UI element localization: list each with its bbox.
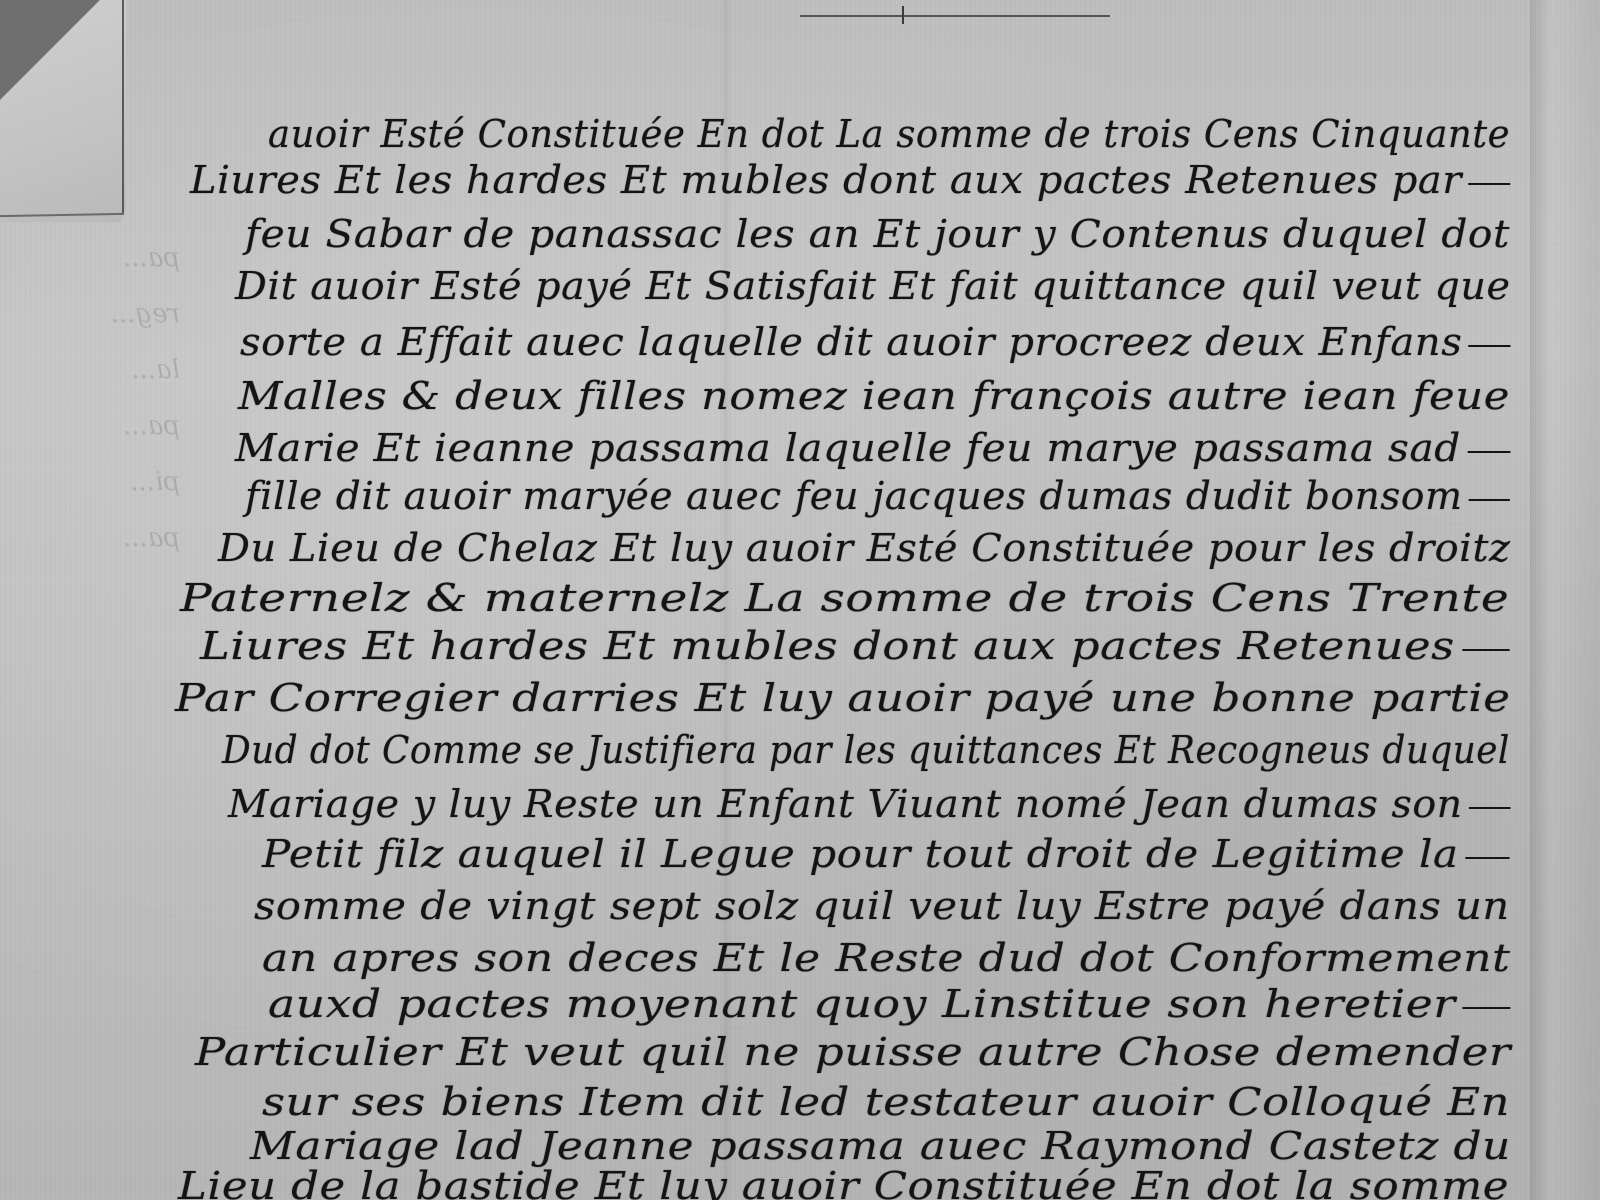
line-text: fille dit auoir maryée auec feu jacques … (245, 474, 1463, 518)
manuscript-line-19: Particulier Et veut quil ne puisse autre… (195, 1030, 1511, 1074)
line-filler-stroke (1469, 345, 1511, 347)
manuscript-text: auoir Esté Constituée En dot La somme de… (0, 0, 1600, 1200)
manuscript-line-12: Par Corregier darries Et luy auoir payé … (175, 676, 1511, 720)
manuscript-line-20: sur ses biens Item dit led testateur auo… (262, 1080, 1510, 1124)
line-text: Lieu de la bastide Et luy auoir Constitu… (178, 1164, 1509, 1200)
line-text: an apres son deces Et le Reste dud dot C… (262, 936, 1510, 980)
manuscript-line-10: Paternelz & maternelz La somme de trois … (180, 576, 1509, 620)
manuscript-line-9: Du Lieu de Chelaz Et luy auoir Esté Cons… (218, 526, 1511, 570)
manuscript-line-16: somme de vingt sept solz quil veut luy E… (254, 884, 1510, 928)
manuscript-line-1: auoir Esté Constituée En dot La somme de… (268, 112, 1510, 156)
line-text: auoir Esté Constituée En dot La somme de… (268, 112, 1510, 156)
line-text: Liures Et hardes Et mubles dont aux pact… (200, 624, 1455, 668)
line-text: feu Sabar de panassac les an Et jour y C… (245, 212, 1510, 256)
line-text: Marie Et ieanne passama laquelle feu mar… (235, 426, 1461, 470)
line-text: Dud dot Comme se Justifiera par les quit… (222, 728, 1510, 772)
line-text: auxd pactes moyenant quoy Linstitue son … (268, 982, 1456, 1026)
line-text: Liures Et les hardes Et mubles dont aux … (190, 158, 1462, 202)
manuscript-line-21: Mariage lad Jeanne passama auec Raymond … (250, 1124, 1511, 1168)
line-text: Par Corregier darries Et luy auoir payé … (175, 676, 1511, 720)
line-filler-stroke (1469, 499, 1510, 501)
line-text: Paternelz & maternelz La somme de trois … (180, 576, 1509, 620)
manuscript-line-6: Malles & deux filles nomez iean françois… (238, 374, 1510, 418)
manuscript-line-4: Dit auoir Esté payé Et Satisfait Et fait… (235, 264, 1511, 308)
line-filler-stroke (1465, 857, 1509, 859)
line-text: sur ses biens Item dit led testateur auo… (262, 1080, 1510, 1124)
manuscript-line-2: Liures Et les hardes Et mubles dont aux … (190, 158, 1510, 202)
manuscript-line-8: fille dit auoir maryée auec feu jacques … (245, 474, 1510, 518)
manuscript-line-13: Dud dot Comme se Justifiera par les quit… (222, 728, 1510, 772)
manuscript-line-14: Mariage y luy Reste un Enfant Viuant nom… (228, 782, 1511, 826)
line-filler-stroke (1462, 649, 1509, 651)
manuscript-line-18: auxd pactes moyenant quoy Linstitue son … (268, 982, 1511, 1026)
manuscript-line-15: Petit filz auquel il Legue pour tout dro… (262, 832, 1509, 876)
line-filler-stroke (1468, 183, 1510, 185)
line-text: Particulier Et veut quil ne puisse autre… (195, 1030, 1511, 1074)
manuscript-line-7: Marie Et ieanne passama laquelle feu mar… (235, 426, 1510, 470)
line-text: somme de vingt sept solz quil veut luy E… (254, 884, 1510, 928)
line-text: Petit filz auquel il Legue pour tout dro… (262, 832, 1459, 876)
manuscript-line-11: Liures Et hardes Et mubles dont aux pact… (200, 624, 1509, 668)
line-text: Du Lieu de Chelaz Et luy auoir Esté Cons… (218, 526, 1511, 570)
manuscript-line-17: an apres son deces Et le Reste dud dot C… (262, 936, 1510, 980)
line-text: Dit auoir Esté payé Et Satisfait Et fait… (235, 264, 1511, 308)
line-text: Malles & deux filles nomez iean françois… (238, 374, 1510, 418)
manuscript-line-22: Lieu de la bastide Et luy auoir Constitu… (178, 1164, 1509, 1200)
line-text: Mariage lad Jeanne passama auec Raymond … (250, 1124, 1511, 1168)
line-text: sorte a Effait auec laquelle dit auoir p… (240, 320, 1462, 364)
manuscript-line-5: sorte a Effait auec laquelle dit auoir p… (240, 320, 1511, 364)
line-filler-stroke (1467, 451, 1510, 453)
line-filler-stroke (1463, 1007, 1511, 1009)
line-filler-stroke (1469, 807, 1511, 809)
line-text: Mariage y luy Reste un Enfant Viuant nom… (228, 782, 1463, 826)
manuscript-line-3: feu Sabar de panassac les an Et jour y C… (245, 212, 1510, 256)
manuscript-photo: pa... reg... la... pa... pi... pa... auo… (0, 0, 1600, 1200)
